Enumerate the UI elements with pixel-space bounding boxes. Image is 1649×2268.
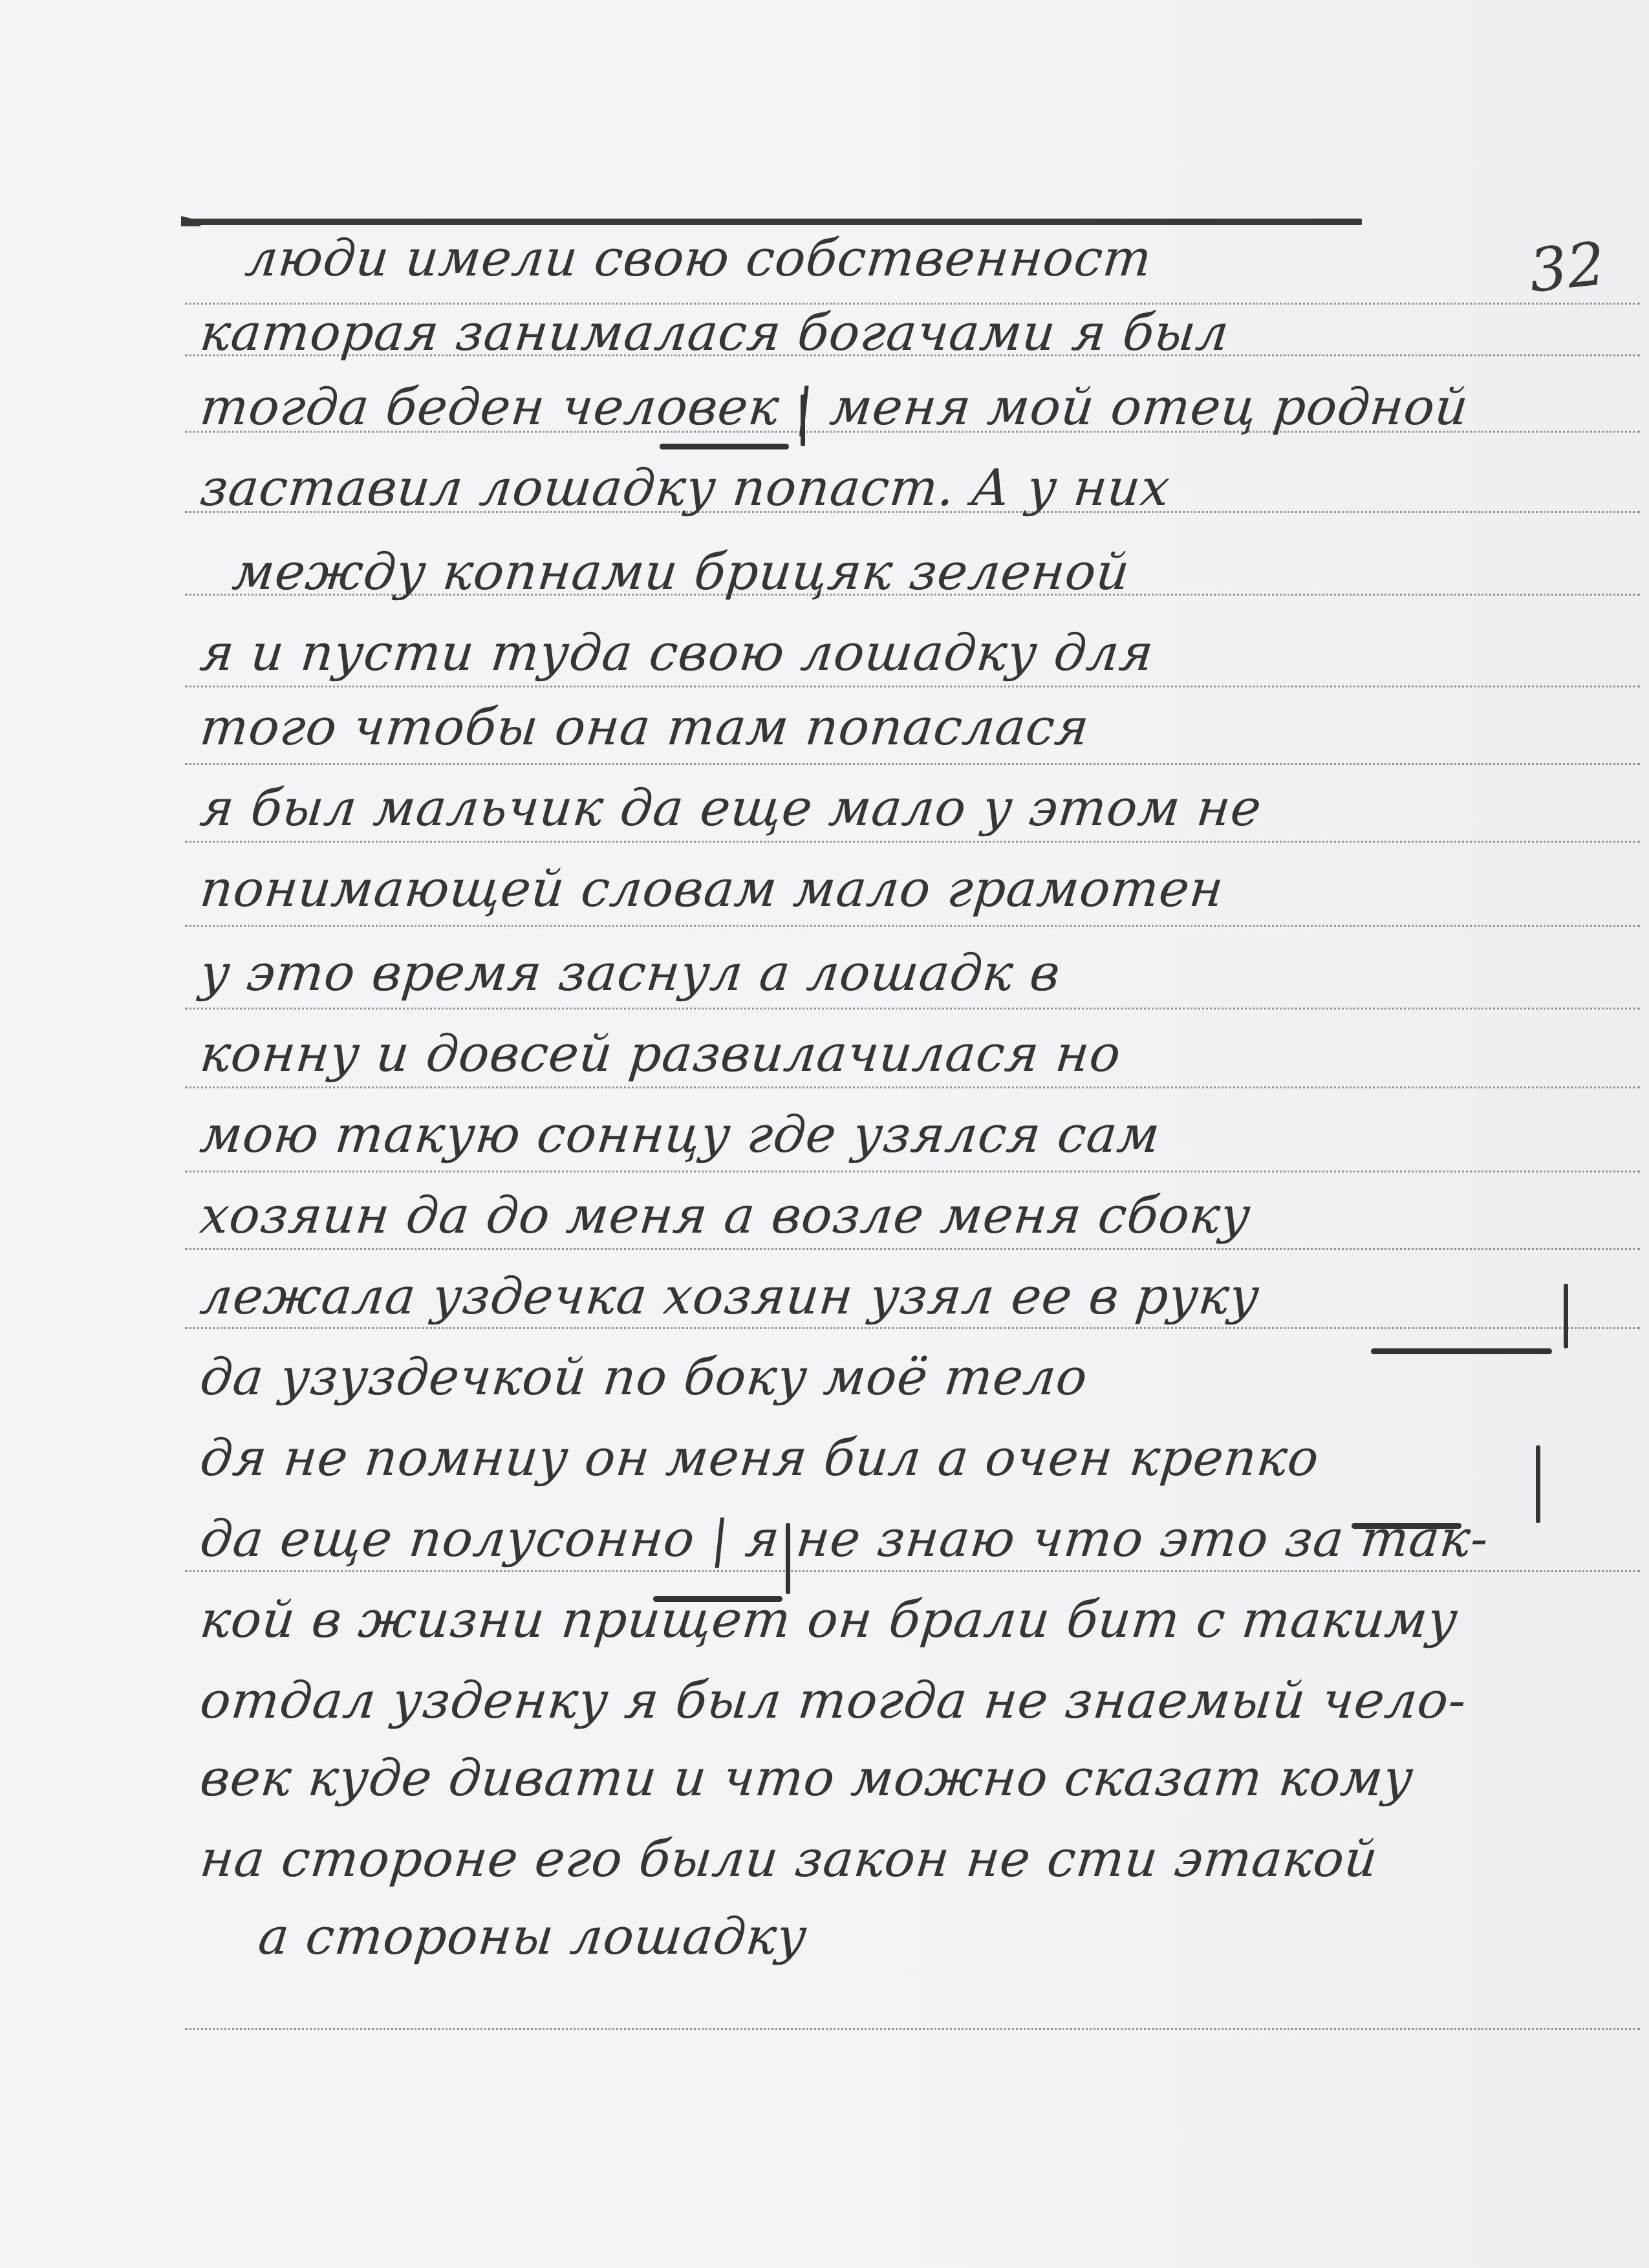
vertical-bar-mark [786,1523,790,1594]
handwritten-line: заставил лошадку попаст. А у них [197,456,1646,521]
ruled-line [185,1008,1640,1010]
handwritten-line: между копнами брицяк зеленой [230,540,1649,605]
handwritten-line: век куде дивати и что можно сказат кому [197,1746,1646,1811]
handwritten-line: того чтобы она там попаслася [197,695,1646,760]
handwritten-line: да узуздечкой по боку моё тело [197,1345,1646,1410]
handwritten-line: на стороне его были закон не сти этакой [197,1827,1646,1892]
ruled-line [185,686,1640,687]
scanned-page: 32 люди имели свою собственност каторая … [0,0,1649,2268]
handwritten-line: понимающей словам мало грамотен [197,857,1646,922]
handwritten-line: да еще полусонно | я не знаю что это за … [197,1507,1646,1571]
underline-mark [1352,1523,1461,1529]
ruled-line [185,1171,1640,1172]
vertical-bar-mark [801,394,805,446]
handwritten-line: у это время заснул а лошадк в [197,941,1646,1006]
top-border-rule [185,219,1362,225]
vertical-bar-mark [1564,1284,1568,1348]
handwritten-line: тогда беден человек | меня мой отец родн… [197,375,1646,440]
handwritten-line: хозяин да до меня а возле меня сбоку [197,1183,1646,1248]
handwritten-line: каторая занималася богачами я был [197,301,1646,365]
handwritten-line: дя не помниу он меня бил а очен крепко [197,1426,1646,1491]
underline-mark [660,444,789,449]
ruled-line [185,2028,1640,2030]
handwritten-line: отдал узденку я был тогда не знаемый чел… [197,1669,1646,1733]
handwritten-line: конну и довсей развилачилася но [197,1022,1646,1086]
ruled-line [185,1086,1640,1088]
handwritten-line: кой в жизни прищет он брали бит с такиму [197,1588,1646,1652]
underline-mark [653,1596,782,1602]
ruled-line [185,1248,1640,1250]
ruled-line [185,763,1640,765]
handwritten-line: мою такую соннцу где узялся сам [197,1103,1646,1167]
handwritten-line: я и пусти туда свою лошадку для [197,621,1646,686]
underline-mark [1371,1348,1552,1354]
vertical-bar-mark [1536,1445,1540,1523]
handwritten-line: а стороны лошадку [255,1905,1649,1969]
handwritten-line: я был мальчик да еще мало у этом не [197,776,1646,841]
ruled-line [185,841,1640,843]
handwritten-line: люди имели свою собственност [242,226,1649,291]
ruled-line [185,925,1640,927]
handwritten-line: лежала уздечка хозяин узял ее в руку [197,1264,1646,1329]
